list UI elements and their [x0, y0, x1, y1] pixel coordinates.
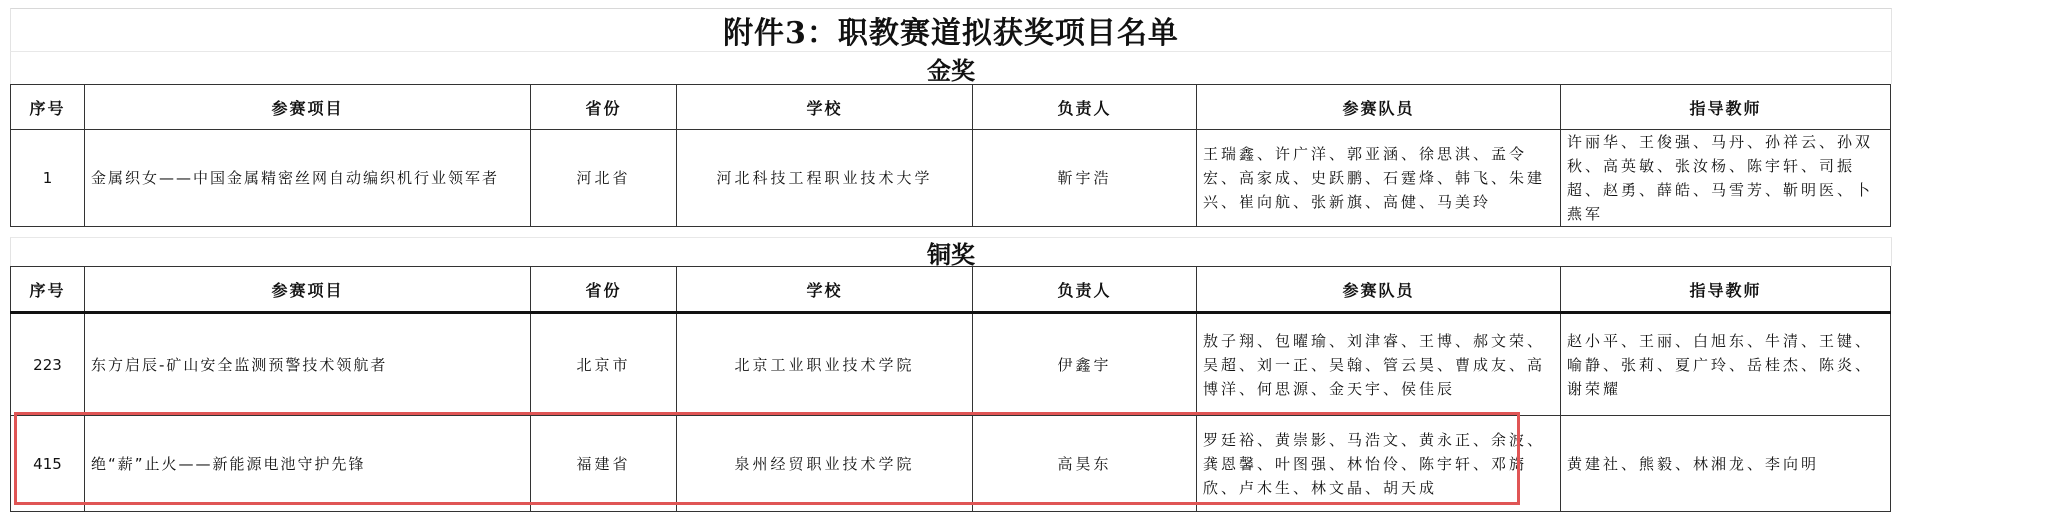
- cell-project: 东方启辰-矿山安全监测预警技术领航者: [85, 313, 531, 416]
- column-header-project: 参赛项目: [85, 267, 531, 313]
- column-header-province: 省份: [531, 85, 677, 130]
- cell-province: 北京市: [531, 313, 677, 416]
- column-header-project: 参赛项目: [85, 85, 531, 130]
- column-header-no: 序号: [11, 85, 85, 130]
- section-title-bronze: 铜奖: [10, 237, 1892, 266]
- cell-project: 绝“薪”止火——新能源电池守护先锋: [85, 416, 531, 512]
- column-header-no: 序号: [11, 267, 85, 313]
- column-header-province: 省份: [531, 267, 677, 313]
- cell-advisors: 许丽华、王俊强、马丹、孙祥云、孙双秋、高英敏、张汝杨、陈宇轩、司振超、赵勇、薛皓…: [1561, 130, 1891, 227]
- gold-award-table: 序号 参赛项目 省份 学校 负责人 参赛队员 指导教师 1 金属织女——中国金属…: [10, 84, 1891, 227]
- cell-members: 罗廷裕、黄崇影、马浩文、黄永正、余波、龚恩馨、叶图强、林怡伶、陈宇轩、邓旖欣、卢…: [1197, 416, 1561, 512]
- table-row: 223 东方启辰-矿山安全监测预警技术领航者 北京市 北京工业职业技术学院 伊鑫…: [11, 313, 1891, 416]
- cell-advisors: 黄建社、熊毅、林湘龙、李向明: [1561, 416, 1891, 512]
- bronze-award-table: 序号 参赛项目 省份 学校 负责人 参赛队员 指导教师 223 东方启辰-矿山安…: [10, 266, 1891, 512]
- column-header-advisors: 指导教师: [1561, 85, 1891, 130]
- cell-school: 泉州经贸职业技术学院: [677, 416, 973, 512]
- column-header-school: 学校: [677, 267, 973, 313]
- column-header-leader: 负责人: [973, 85, 1197, 130]
- cell-school: 北京工业职业技术学院: [677, 313, 973, 416]
- document-title: 附件3：职教赛道拟获奖项目名单: [10, 8, 1892, 51]
- cell-leader: 靳宇浩: [973, 130, 1197, 227]
- cell-province: 福建省: [531, 416, 677, 512]
- column-header-school: 学校: [677, 85, 973, 130]
- cell-school: 河北科技工程职业技术大学: [677, 130, 973, 227]
- column-header-members: 参赛队员: [1197, 85, 1561, 130]
- cell-members: 王瑞鑫、许广洋、郭亚涵、徐思淇、孟令宏、高家成、史跃鹏、石霆烽、韩飞、朱建兴、崔…: [1197, 130, 1561, 227]
- table-header-row: 序号 参赛项目 省份 学校 负责人 参赛队员 指导教师: [11, 85, 1891, 130]
- column-header-advisors: 指导教师: [1561, 267, 1891, 313]
- column-header-leader: 负责人: [973, 267, 1197, 313]
- cell-advisors: 赵小平、王丽、白旭东、牛清、王键、喻静、张莉、夏广玲、岳桂杰、陈炎、谢荣耀: [1561, 313, 1891, 416]
- cell-no: 415: [11, 416, 85, 512]
- cell-province: 河北省: [531, 130, 677, 227]
- cell-leader: 伊鑫宇: [973, 313, 1197, 416]
- section-title-gold: 金奖: [10, 51, 1892, 84]
- column-header-members: 参赛队员: [1197, 267, 1561, 313]
- cell-leader: 高昊东: [973, 416, 1197, 512]
- cell-members: 敖子翔、包曜瑜、刘津睿、王博、郝文荣、吴超、刘一正、吴翰、管云昊、曹成友、高博洋…: [1197, 313, 1561, 416]
- table-row: 1 金属织女——中国金属精密丝网自动编织机行业领军者 河北省 河北科技工程职业技…: [11, 130, 1891, 227]
- cell-project: 金属织女——中国金属精密丝网自动编织机行业领军者: [85, 130, 531, 227]
- cell-no: 223: [11, 313, 85, 416]
- table-row-highlighted: 415 绝“薪”止火——新能源电池守护先锋 福建省 泉州经贸职业技术学院 高昊东…: [11, 416, 1891, 512]
- cell-no: 1: [11, 130, 85, 227]
- table-header-row: 序号 参赛项目 省份 学校 负责人 参赛队员 指导教师: [11, 267, 1891, 313]
